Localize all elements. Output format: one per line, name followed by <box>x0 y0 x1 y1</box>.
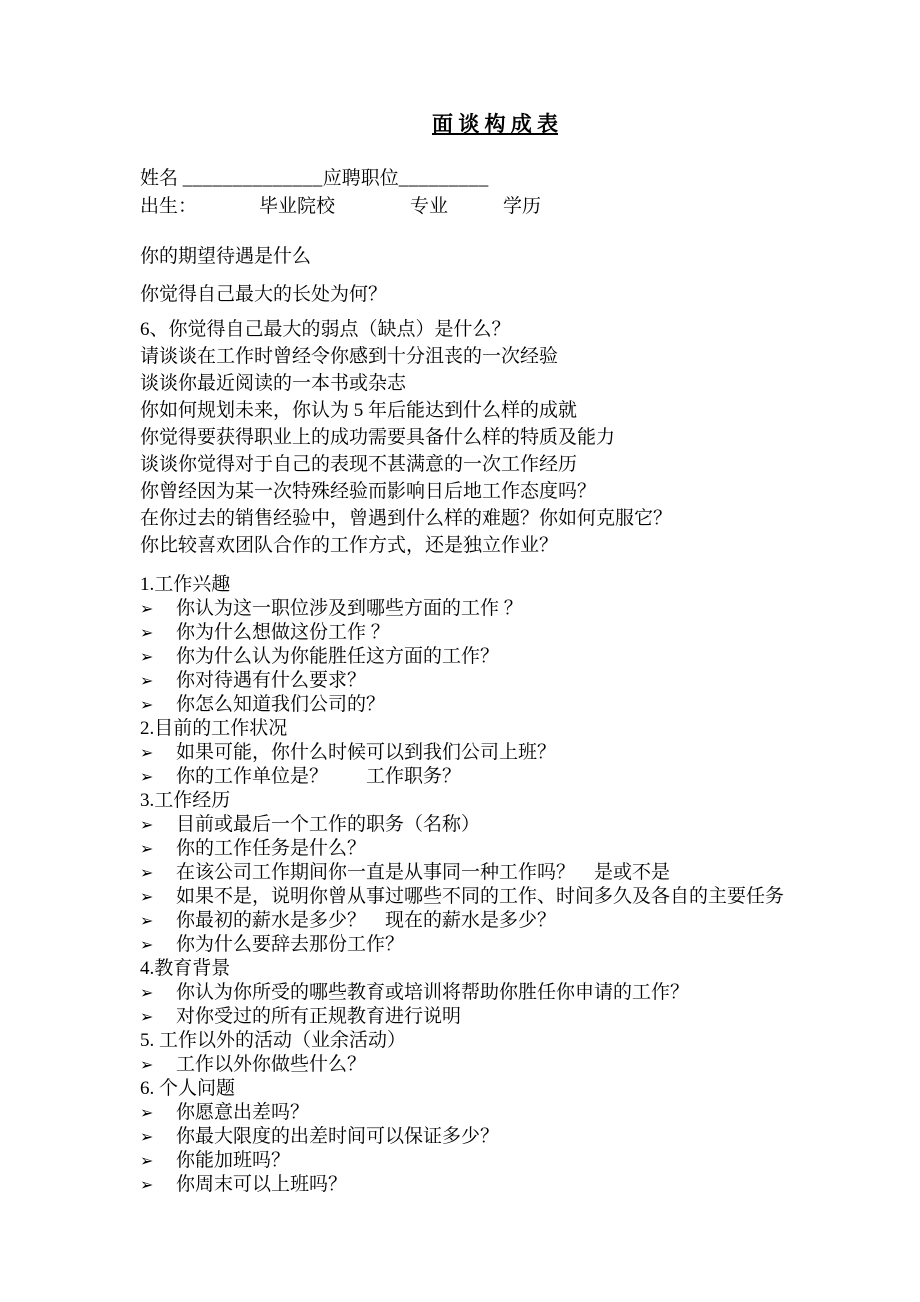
arrowhead-bullet-icon: ➢ <box>140 741 176 765</box>
degree-label: 学历 <box>503 196 541 217</box>
paragraph-greatest-strength: 你觉得自己最大的长处为何？ <box>140 281 850 308</box>
bullet-text: 如果不是，说明你曾从事过哪些不同的工作、时间多久及各自的主要任务 <box>176 885 850 909</box>
bullet-text: 你怎么知道我们公司的？ <box>176 693 850 717</box>
bullet-text: 你为什么认为你能胜任这方面的工作？ <box>176 645 850 669</box>
bullet-text: 目前或最后一个工作的职务（名称） <box>176 813 850 837</box>
position-label: 应聘职位 <box>323 168 399 189</box>
bullet-item: ➢ 你最初的薪水是多少？ 现在的薪水是多少？ <box>140 909 850 933</box>
section-heading: 5. 工作以外的活动（业余活动） <box>140 1029 850 1053</box>
arrowhead-bullet-icon: ➢ <box>140 597 176 621</box>
bullet-item: ➢ 你愿意出差吗？ <box>140 1101 850 1125</box>
bullet-item: ➢ 你为什么要辞去那份工作？ <box>140 933 850 957</box>
question-line: 谈谈你最近阅读的一本书或杂志 <box>140 370 850 397</box>
bullet-text: 你为什么要辞去那份工作？ <box>176 933 850 957</box>
paragraph-expected-salary: 你的期望待遇是什么 <box>140 243 850 270</box>
bullet-text: 你周末可以上班吗？ <box>176 1173 850 1197</box>
bullet-text: 你认为这一职位涉及到哪些方面的工作 ？ <box>176 597 850 621</box>
arrowhead-bullet-icon: ➢ <box>140 933 176 957</box>
bullet-item: ➢ 你认为你所受的哪些教育或培训将帮助你胜任你申请的工作？ <box>140 981 850 1005</box>
question-line: 你觉得要获得职业上的成功需要具备什么样的特质及能力 <box>140 424 850 451</box>
question-line: 在你过去的销售经验中，曾遇到什么样的难题？你如何克服它？ <box>140 505 850 532</box>
arrowhead-bullet-icon: ➢ <box>140 981 176 1005</box>
birth-label: 出生： <box>140 196 197 217</box>
section-education-background: 4.教育背景 ➢ 你认为你所受的哪些教育或培训将帮助你胜任你申请的工作？ ➢ 对… <box>140 957 850 1029</box>
section-current-work-status: 2.目前的工作状况 ➢ 如果可能，你什么时候可以到我们公司上班？ ➢ 你的工作单… <box>140 717 850 789</box>
bullet-text: 你最初的薪水是多少？ 现在的薪水是多少？ <box>176 909 850 933</box>
school-label: 毕业院校 <box>259 196 335 217</box>
document-content: 面 谈 构 成 表 姓名 ______________应聘职位_________… <box>0 0 920 1197</box>
arrowhead-bullet-icon: ➢ <box>140 1053 176 1077</box>
bullet-item: ➢ 工作以外你做些什么？ <box>140 1053 850 1077</box>
bullet-text: 你为什么想做这份工作 ？ <box>176 621 850 645</box>
arrowhead-bullet-icon: ➢ <box>140 1125 176 1149</box>
major-label: 专业 <box>410 196 448 217</box>
name-position-line: 姓名 ______________应聘职位_________ <box>140 165 850 193</box>
section-heading: 2.目前的工作状况 <box>140 717 850 741</box>
section-heading: 4.教育背景 <box>140 957 850 981</box>
section-work-history: 3.工作经历 ➢ 目前或最后一个工作的职务（名称） ➢ 你的工作任务是什么？ ➢… <box>140 789 850 957</box>
arrowhead-bullet-icon: ➢ <box>140 813 176 837</box>
question-line: 谈谈你觉得对于自己的表现不甚满意的一次工作经历 <box>140 451 850 478</box>
question-block-1: 6、你觉得自己最大的弱点（缺点）是什么？ 请谈谈在工作时曾经令你感到十分沮丧的一… <box>140 316 850 505</box>
bullet-text: 你的工作单位是？ 工作职务？ <box>176 765 850 789</box>
arrowhead-bullet-icon: ➢ <box>140 1101 176 1125</box>
bullet-item: ➢ 你对待遇有什么要求？ <box>140 669 850 693</box>
bullet-text: 你对待遇有什么要求？ <box>176 669 850 693</box>
arrowhead-bullet-icon: ➢ <box>140 909 176 933</box>
numbered-sections: 1.工作兴趣 ➢ 你认为这一职位涉及到哪些方面的工作 ？ ➢ 你为什么想做这份工… <box>140 573 850 1197</box>
arrowhead-bullet-icon: ➢ <box>140 669 176 693</box>
arrowhead-bullet-icon: ➢ <box>140 765 176 789</box>
bullet-item: ➢ 你怎么知道我们公司的？ <box>140 693 850 717</box>
section-heading: 6. 个人问题 <box>140 1077 850 1101</box>
name-label: 姓名 <box>140 168 178 189</box>
bullet-item: ➢ 你认为这一职位涉及到哪些方面的工作 ？ <box>140 597 850 621</box>
bullet-text: 你最大限度的出差时间可以保证多少？ <box>176 1125 850 1149</box>
arrowhead-bullet-icon: ➢ <box>140 885 176 909</box>
bullet-text: 你认为你所受的哪些教育或培训将帮助你胜任你申请的工作？ <box>176 981 850 1005</box>
bullet-text: 工作以外你做些什么？ <box>176 1053 850 1077</box>
arrowhead-bullet-icon: ➢ <box>140 1173 176 1197</box>
document-header: 姓名 ______________应聘职位_________ 出生：毕业院校专业… <box>140 165 850 221</box>
section-outside-activities: 5. 工作以外的活动（业余活动） ➢ 工作以外你做些什么？ <box>140 1029 850 1077</box>
birth-school-line: 出生：毕业院校专业学历 <box>140 193 850 221</box>
bullet-item: ➢ 你周末可以上班吗？ <box>140 1173 850 1197</box>
arrowhead-bullet-icon: ➢ <box>140 621 176 645</box>
arrowhead-bullet-icon: ➢ <box>140 1149 176 1173</box>
document-title: 面 谈 构 成 表 <box>140 113 850 135</box>
bullet-item: ➢ 你的工作单位是？ 工作职务？ <box>140 765 850 789</box>
bullet-item: ➢ 在该公司工作期间你一直是从事同一种工作吗？ 是或不是 <box>140 861 850 885</box>
section-personal-questions: 6. 个人问题 ➢ 你愿意出差吗？ ➢ 你最大限度的出差时间可以保证多少？ ➢ … <box>140 1077 850 1197</box>
section-heading: 3.工作经历 <box>140 789 850 813</box>
bullet-text: 你的工作任务是什么？ <box>176 837 850 861</box>
bullet-text: 你愿意出差吗？ <box>176 1101 850 1125</box>
question-line: 6、你觉得自己最大的弱点（缺点）是什么？ <box>140 316 850 343</box>
bullet-text: 在该公司工作期间你一直是从事同一种工作吗？ 是或不是 <box>176 861 850 885</box>
bullet-item: ➢ 你能加班吗？ <box>140 1149 850 1173</box>
bullet-text: 如果可能，你什么时候可以到我们公司上班？ <box>176 741 850 765</box>
arrowhead-bullet-icon: ➢ <box>140 837 176 861</box>
question-line: 你比较喜欢团队合作的工作方式，还是独立作业？ <box>140 532 850 559</box>
bullet-item: ➢ 目前或最后一个工作的职务（名称） <box>140 813 850 837</box>
arrowhead-bullet-icon: ➢ <box>140 693 176 717</box>
bullet-text: 你能加班吗？ <box>176 1149 850 1173</box>
arrowhead-bullet-icon: ➢ <box>140 861 176 885</box>
question-line: 你曾经因为某一次特殊经验而影响日后地工作态度吗？ <box>140 478 850 505</box>
question-line: 请谈谈在工作时曾经令你感到十分沮丧的一次经验 <box>140 343 850 370</box>
document-page: 面 谈 构 成 表 姓名 ______________应聘职位_________… <box>0 0 920 1302</box>
question-line: 你如何规划未来，你认为 5 年后能达到什么样的成就 <box>140 397 850 424</box>
bullet-text: 对你受过的所有正规教育进行说明 <box>176 1005 850 1029</box>
section-heading: 1.工作兴趣 <box>140 573 850 597</box>
arrowhead-bullet-icon: ➢ <box>140 1005 176 1029</box>
question-block-2: 在你过去的销售经验中，曾遇到什么样的难题？你如何克服它？ 你比较喜欢团队合作的工… <box>140 505 850 559</box>
bullet-item: ➢ 你最大限度的出差时间可以保证多少？ <box>140 1125 850 1149</box>
bullet-item: ➢ 如果可能，你什么时候可以到我们公司上班？ <box>140 741 850 765</box>
bullet-item: ➢ 对你受过的所有正规教育进行说明 <box>140 1005 850 1029</box>
bullet-item: ➢ 如果不是，说明你曾从事过哪些不同的工作、时间多久及各自的主要任务 <box>140 885 850 909</box>
bullet-item: ➢ 你为什么认为你能胜任这方面的工作？ <box>140 645 850 669</box>
name-blank-field: ______________ <box>183 168 323 189</box>
bullet-item: ➢ 你为什么想做这份工作 ？ <box>140 621 850 645</box>
position-blank-field: _________ <box>399 168 489 189</box>
arrowhead-bullet-icon: ➢ <box>140 645 176 669</box>
bullet-item: ➢ 你的工作任务是什么？ <box>140 837 850 861</box>
section-work-interest: 1.工作兴趣 ➢ 你认为这一职位涉及到哪些方面的工作 ？ ➢ 你为什么想做这份工… <box>140 573 850 717</box>
